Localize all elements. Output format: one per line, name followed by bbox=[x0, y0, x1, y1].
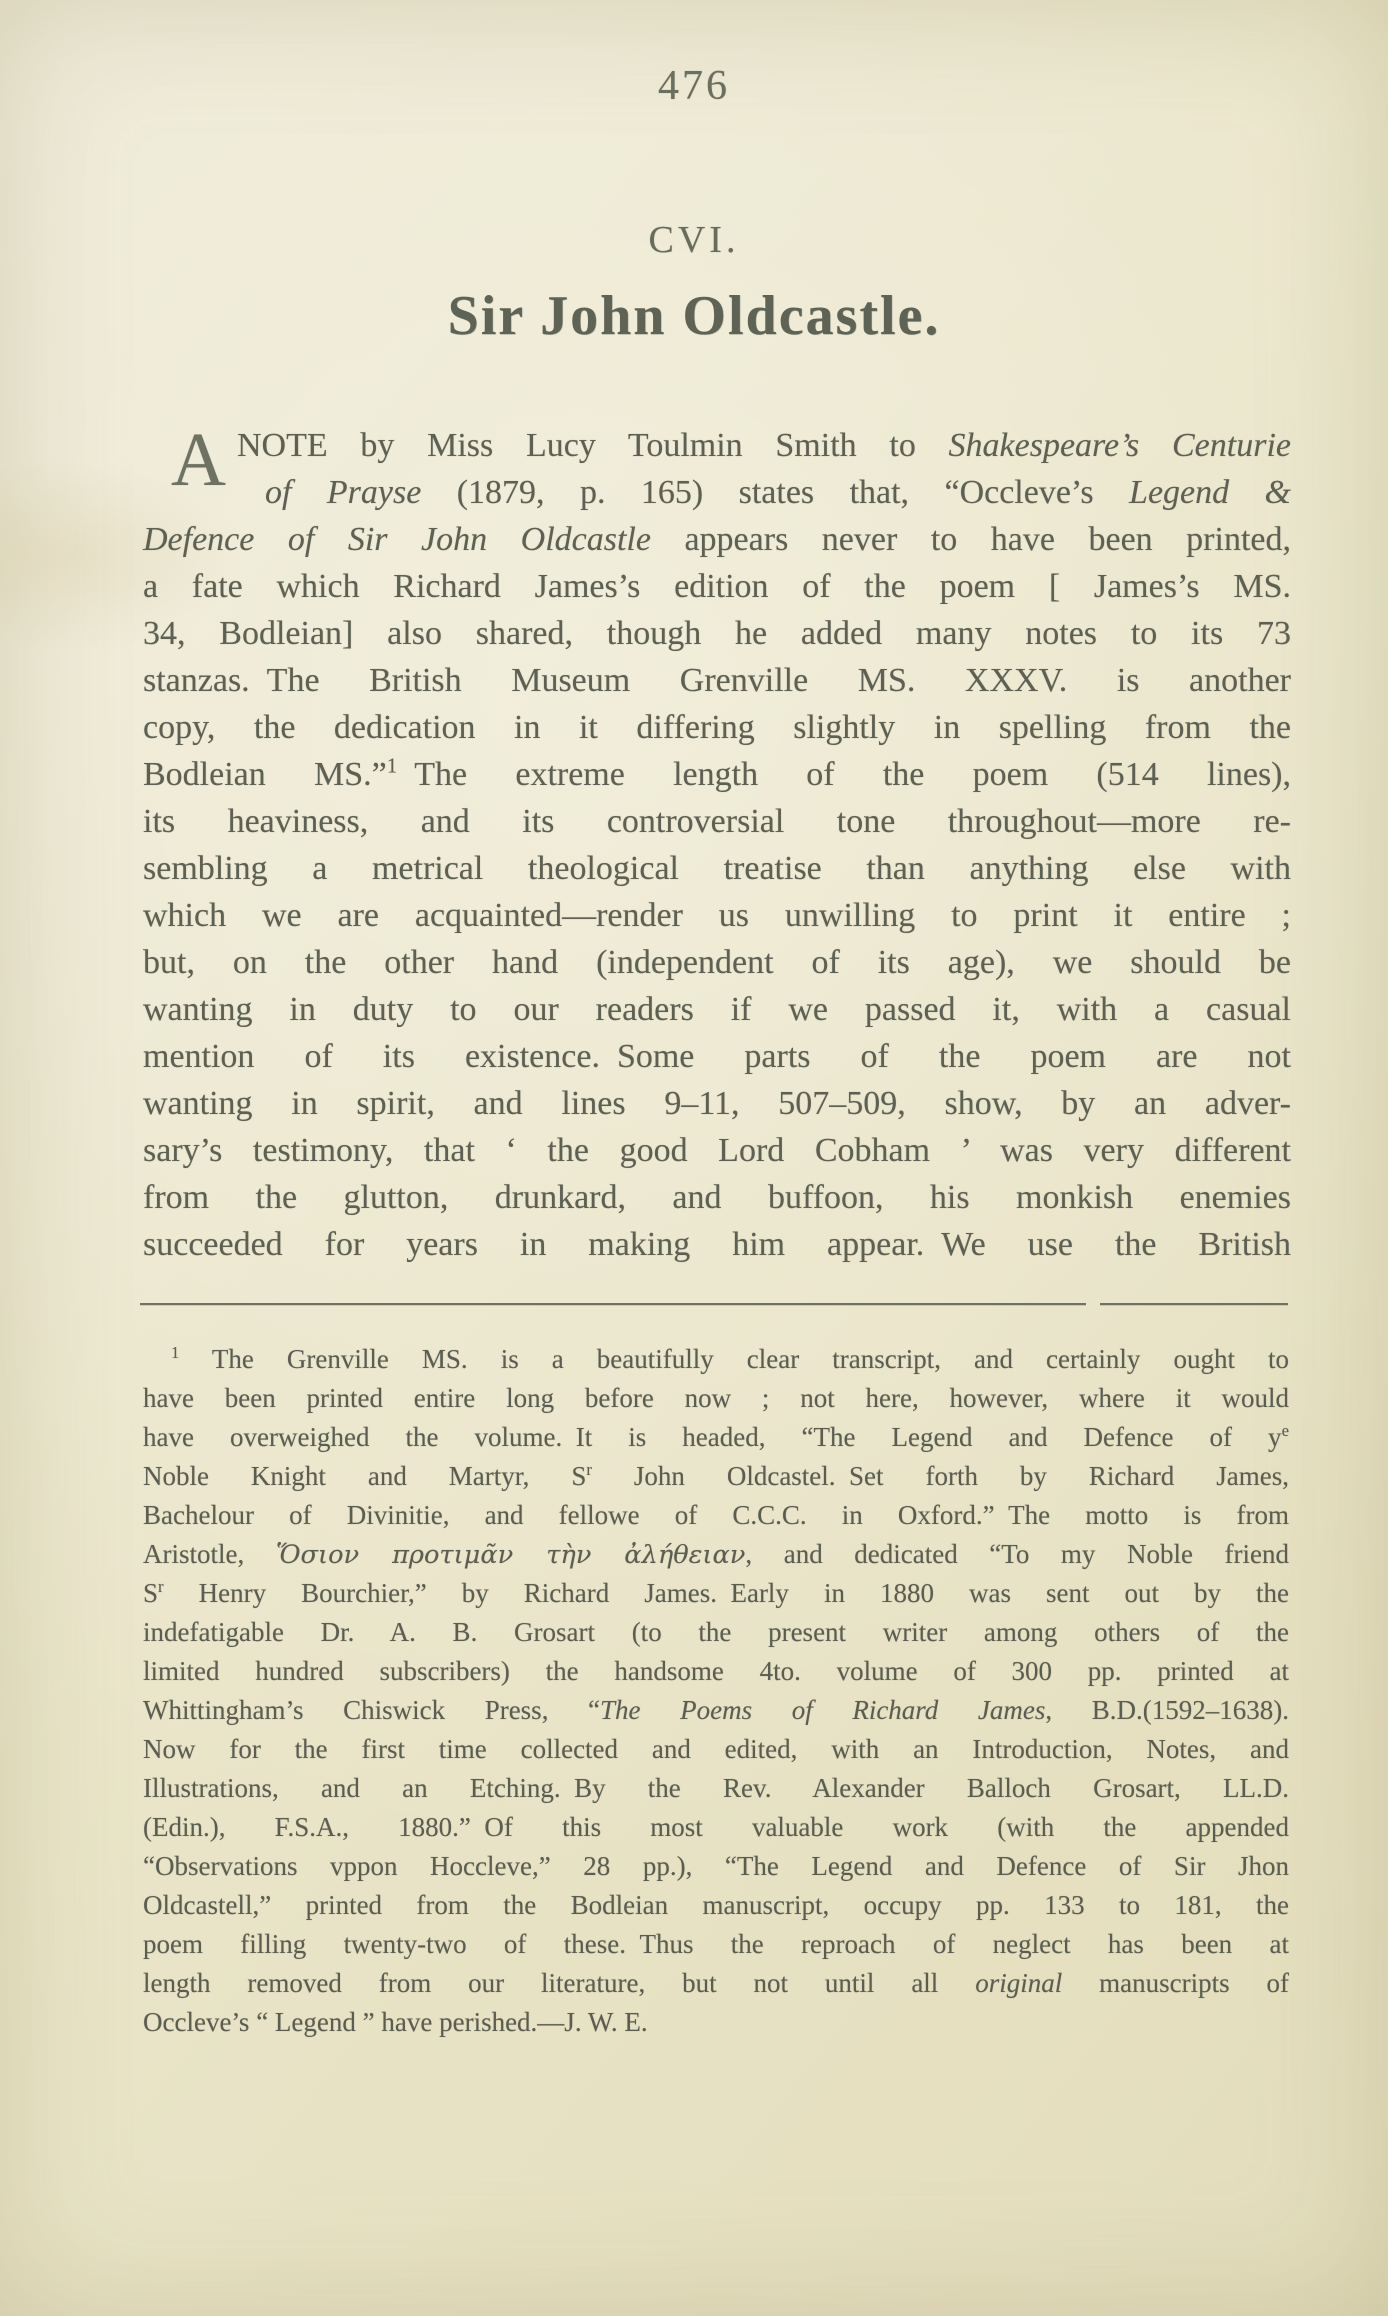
text-line: Occleve’s “ Legend ” have perished.—J. W… bbox=[143, 2003, 1289, 2042]
chapter-title: Sir John Oldcastle. bbox=[0, 284, 1388, 348]
text-line: succeeded for years in making him appear… bbox=[143, 1221, 1291, 1268]
text-line: have been printed entire long before now… bbox=[143, 1379, 1289, 1418]
text-line: Now for the first time collected and edi… bbox=[143, 1730, 1289, 1769]
text-line: have overweighed the volume. It is heade… bbox=[143, 1418, 1289, 1457]
text-line: 1 The Grenville MS. is a beautifully cle… bbox=[143, 1340, 1289, 1379]
text-line: Bachelour of Divinitie, and fellowe of C… bbox=[143, 1496, 1289, 1535]
text-line: stanzas. The British Museum Grenville MS… bbox=[143, 657, 1291, 704]
text-line: indefatigable Dr. A. B. Grosart (to the … bbox=[143, 1613, 1289, 1652]
text-line: sary’s testimony, that ‘ the good Lord C… bbox=[143, 1127, 1291, 1174]
text-line: wanting in duty to our readers if we pas… bbox=[143, 986, 1291, 1033]
text-line: poem filling twenty-two of these. Thus t… bbox=[143, 1925, 1289, 1964]
footnote-rule-segment bbox=[140, 1303, 1086, 1305]
drop-cap: A bbox=[171, 422, 226, 498]
text-line: Aristotle, Ὅσιον προτιμᾶν τὴν ἀλήθειαν, … bbox=[143, 1535, 1289, 1574]
text-line: Bodleian MS.”1 The extreme length of the… bbox=[143, 751, 1291, 798]
text-line: copy, the dedication in it differing sli… bbox=[143, 704, 1291, 751]
text-line: which we are acquainted—render us unwill… bbox=[143, 892, 1291, 939]
text-line: mention of its existence. Some parts of … bbox=[143, 1033, 1291, 1080]
text-line: Defence of Sir John Oldcastle appears ne… bbox=[143, 516, 1291, 563]
text-line: from the glutton, drunkard, and buffoon,… bbox=[143, 1174, 1291, 1221]
text-line: Oldcastell,” printed from the Bodleian m… bbox=[143, 1886, 1289, 1925]
text-line: a fate which Richard James’s edition of … bbox=[143, 563, 1291, 610]
book-page: 476 CVI. Sir John Oldcastle. A NOTE by M… bbox=[0, 0, 1388, 2316]
text-line: Sr Henry Bourchier,” by Richard James. E… bbox=[143, 1574, 1289, 1613]
text-line: Whittingham’s Chiswick Press, “The Poems… bbox=[143, 1691, 1289, 1730]
page-number: 476 bbox=[0, 62, 1388, 110]
text-line: Illustrations, and an Etching. By the Re… bbox=[143, 1769, 1289, 1808]
text-line: NOTE by Miss Lucy Toulmin Smith to Shake… bbox=[143, 422, 1291, 469]
footnote-rule bbox=[140, 1303, 1288, 1306]
text-line: length removed from our literature, but … bbox=[143, 1964, 1289, 2003]
text-line: but, on the other hand (independent of i… bbox=[143, 939, 1291, 986]
text-line: sembling a metrical theological treatise… bbox=[143, 845, 1291, 892]
text-line: “Observations vppon Hoccleve,” 28 pp.), … bbox=[143, 1847, 1289, 1886]
text-line: (Edin.), F.S.A., 1880.” Of this most val… bbox=[143, 1808, 1289, 1847]
body-paragraph: A NOTE by Miss Lucy Toulmin Smith to Sha… bbox=[143, 422, 1291, 1268]
footnote-rule-segment bbox=[1100, 1303, 1288, 1305]
text-line: wanting in spirit, and lines 9–11, 507–5… bbox=[143, 1080, 1291, 1127]
text-line: Noble Knight and Martyr, Sr John Oldcast… bbox=[143, 1457, 1289, 1496]
text-line: limited hundred subscribers) the handsom… bbox=[143, 1652, 1289, 1691]
footnote: 1 The Grenville MS. is a beautifully cle… bbox=[143, 1340, 1289, 2042]
section-heading: CVI. bbox=[0, 218, 1388, 262]
text-line: 34, Bodleian] also shared, though he add… bbox=[143, 610, 1291, 657]
text-line: of Prayse (1879, p. 165) states that, “O… bbox=[143, 469, 1291, 516]
text-line: its heaviness, and its controversial ton… bbox=[143, 798, 1291, 845]
